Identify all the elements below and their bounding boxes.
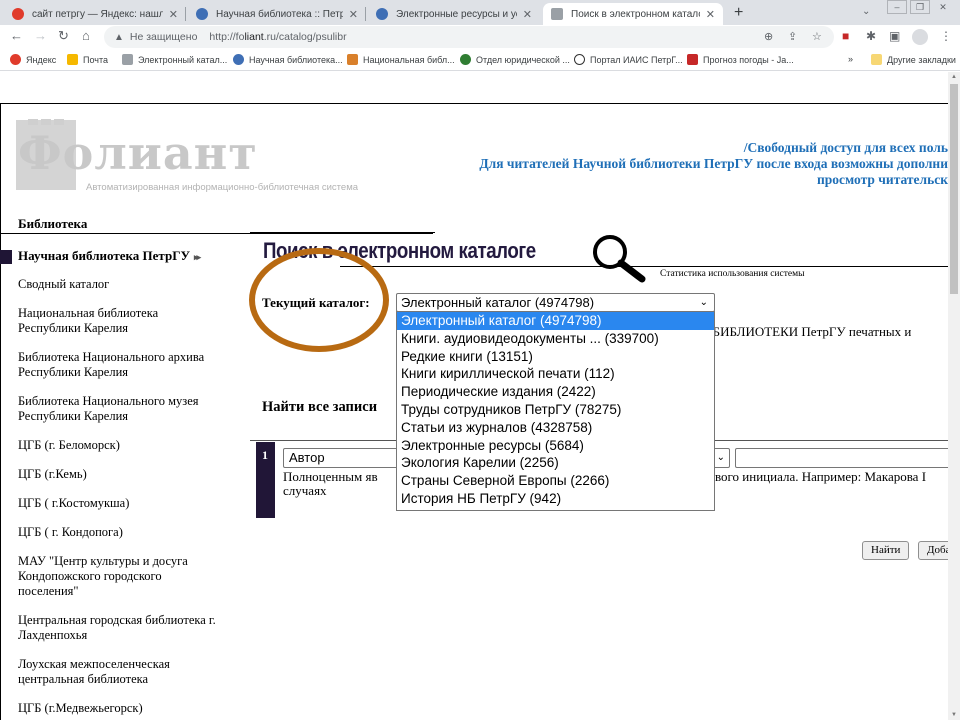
access-info: /Свободный доступ для всех поль Для чита…	[479, 140, 948, 188]
library-heading: Библиотека	[18, 216, 87, 232]
catalog-select[interactable]: Электронный каталог (4974798) ⌄	[396, 293, 715, 312]
bookmark-mail[interactable]: Почта	[67, 54, 108, 65]
tab-separator	[185, 7, 186, 21]
sidebar-item-union-catalog[interactable]: Сводный каталог	[18, 277, 243, 292]
sidebar-item-national-archive[interactable]: Библиотека Национального архива Республи…	[18, 350, 243, 380]
page-content: Фолиант Автоматизированная информационно…	[0, 72, 948, 720]
zoom-icon[interactable]: ⊕	[764, 30, 773, 43]
bookmarks-overflow[interactable]: »	[848, 54, 853, 64]
catalog-option[interactable]: История НБ ПетрГУ (942)	[397, 490, 714, 508]
scroll-thumb[interactable]	[950, 84, 958, 294]
globe-icon	[376, 8, 388, 20]
gear-icon	[574, 54, 585, 65]
restore-icon[interactable]: ❐	[910, 0, 930, 14]
weather-icon	[687, 54, 698, 65]
bookmark-yandex[interactable]: Яндекс	[10, 54, 56, 65]
address-bar[interactable]: ▲ Не защищено http://foliant.ru/catalog/…	[104, 26, 834, 48]
building-icon	[347, 54, 358, 65]
frame-left-rule	[0, 103, 1, 720]
sidebar-item-national-museum[interactable]: Библиотека Национального музея Республик…	[18, 394, 233, 424]
bookmark-weather[interactable]: Прогноз погоды - Ja...	[687, 54, 794, 65]
logo-wordmark: Фолиант	[18, 130, 258, 176]
sidebar-item-kem[interactable]: ЦГБ (г.Кемь)	[18, 467, 243, 482]
header-rule	[0, 103, 948, 104]
mail-icon	[67, 54, 78, 65]
chevron-down-icon: ⌄	[700, 294, 708, 311]
reload-icon[interactable]: ↻	[58, 28, 69, 44]
star-icon[interactable]: ☆	[812, 30, 822, 43]
bookmark-legal-dept[interactable]: Отдел юридической ...	[460, 54, 570, 65]
catalog-icon	[122, 54, 133, 65]
logo-subtitle: Автоматизированная информационно-библиот…	[86, 182, 358, 193]
folder-icon	[871, 54, 882, 65]
double-arrow-icon: ▸▸	[194, 252, 199, 262]
folder-tabs-graphic	[28, 112, 68, 122]
tab-science-library[interactable]: Научная библиотека :: Петрозавод ✕	[188, 3, 366, 25]
search-row-number: 1	[256, 442, 275, 518]
tab-bar: сайт петргу — Яндекс: нашлось 5 ✕ Научна…	[0, 0, 960, 25]
sidebar-item-medvezhyegorsk[interactable]: ЦГБ (г.Медвежьегорск)	[18, 701, 243, 716]
title-rule-left	[250, 232, 435, 233]
tab-yandex-search[interactable]: сайт петргу — Яндекс: нашлось 5 ✕	[4, 3, 186, 25]
catalog-description: Й БИБЛИОТЕКИ ПетрГУ печатных и	[700, 324, 911, 340]
tab-catalog-search[interactable]: Поиск в электронном каталоге ✕	[543, 3, 723, 25]
side-panel-icon[interactable]: ▣	[889, 29, 900, 43]
bookmark-electronic-catalog[interactable]: Электронный катал...	[122, 54, 227, 65]
minimize-icon[interactable]: –	[887, 0, 907, 14]
sidebar-item-kostomuksha[interactable]: ЦГБ ( г.Костомукша)	[18, 496, 243, 511]
bookmark-national-library[interactable]: Национальная библ...	[347, 54, 455, 65]
other-bookmarks[interactable]: Другие закладки	[871, 54, 956, 65]
library-rule	[0, 233, 433, 234]
back-icon[interactable]: ←	[10, 28, 23, 43]
highlight-circle	[249, 248, 389, 352]
catalog-option[interactable]: Книги кириллической печати (112)	[397, 365, 714, 383]
close-icon[interactable]: ✕	[523, 8, 532, 21]
extension-weather-icon[interactable]: ■	[842, 29, 849, 43]
catalog-option[interactable]: Экология Карелии (2256)	[397, 454, 714, 472]
active-marker	[0, 250, 12, 264]
close-icon[interactable]: ✕	[169, 8, 178, 21]
new-tab-button[interactable]: +	[734, 4, 743, 22]
browser-toolbar: ← → ↻ ⌂ ▲ Не защищено http://foliant.ru/…	[0, 25, 960, 49]
bookmark-science-library[interactable]: Научная библиотека...	[233, 54, 343, 65]
forward-icon[interactable]: →	[34, 28, 47, 43]
security-label[interactable]: Не защищено	[130, 31, 198, 43]
catalog-option[interactable]: Электронный каталог (4974798)	[397, 312, 714, 330]
sidebar-item-lahdenpohja[interactable]: Центральная городская библиотека г. Лахд…	[18, 613, 243, 643]
tab-search-icon[interactable]: ⌄	[862, 6, 870, 17]
url-text[interactable]: http://foliant.ru/catalog/psulibr	[209, 31, 346, 43]
profile-avatar[interactable]	[912, 29, 928, 45]
usage-stats-link[interactable]: Статистика использования системы	[660, 269, 805, 279]
find-button[interactable]: Найти	[862, 541, 909, 560]
sidebar-item-kondopoga[interactable]: ЦГБ ( г. Кондопога)	[18, 525, 243, 540]
sidebar-item-kondopoga-culture-center[interactable]: МАУ "Центр культуры и досуга Кондопожско…	[18, 554, 218, 599]
foliant-logo[interactable]: Фолиант Автоматизированная информационно…	[16, 112, 376, 194]
page-scrollbar[interactable]: ▲ ▼	[948, 72, 960, 720]
scroll-down-icon[interactable]: ▼	[951, 712, 957, 718]
add-button[interactable]: Доба	[918, 541, 948, 560]
magnifier-icon	[588, 233, 652, 283]
menu-icon[interactable]: ⋮	[940, 29, 952, 43]
yandex-icon	[12, 8, 24, 20]
catalog-option[interactable]: Труды сотрудников ПетрГУ (78275)	[397, 401, 714, 419]
bookmarks-bar: Яндекс Почта Электронный катал... Научна…	[0, 49, 960, 71]
puzzle-icon[interactable]: ✱	[866, 29, 876, 43]
globe-icon	[196, 8, 208, 20]
close-window-icon[interactable]: ✕	[933, 0, 953, 14]
home-icon[interactable]: ⌂	[82, 28, 90, 43]
yandex-icon	[10, 54, 21, 65]
sidebar-item-petrsu-library[interactable]: Научная библиотека ПетрГУ▸▸	[18, 248, 243, 265]
sidebar-item-louhi[interactable]: Лоухская межпоселенческая центральная би…	[18, 657, 198, 687]
catalog-option[interactable]: Электронные ресурсы (5684)	[397, 437, 714, 455]
catalog-option[interactable]: Статьи из журналов (4328758)	[397, 419, 714, 437]
sidebar-item-national-library[interactable]: Национальная библиотека Республики Карел…	[18, 306, 188, 336]
catalog-dropdown-list[interactable]: Электронный каталог (4974798)Книги. ауди…	[396, 311, 715, 511]
bookmark-iais-portal[interactable]: Портал ИАИС ПетрГ...	[574, 54, 683, 65]
share-icon[interactable]: ⇪	[788, 30, 797, 43]
catalog-option[interactable]: Книги. аудиовидеодокументы ... (339700)	[397, 330, 714, 348]
scroll-up-icon[interactable]: ▲	[951, 74, 957, 80]
find-all-label: Найти все записи	[262, 399, 377, 416]
chevron-down-icon: ⌄	[717, 449, 725, 467]
tab-electronic-resources[interactable]: Электронные ресурсы и услуги :: ✕	[368, 3, 540, 25]
sidebar-item-belomorsk[interactable]: ЦГБ (г. Беломорск)	[18, 438, 243, 453]
close-icon[interactable]: ✕	[349, 8, 358, 21]
catalog-option[interactable]: Страны Северной Европы (2266)	[397, 472, 714, 490]
search-term-input[interactable]	[735, 448, 948, 468]
catalog-option[interactable]: Периодические издания (2422)	[397, 383, 714, 401]
globe-icon	[233, 54, 244, 65]
close-icon[interactable]: ✕	[706, 8, 715, 21]
tab-separator	[365, 7, 366, 21]
catalog-icon	[551, 8, 563, 20]
warning-icon[interactable]: ▲	[114, 32, 124, 43]
emblem-icon	[460, 54, 471, 65]
catalog-option[interactable]: Редкие книги (13151)	[397, 348, 714, 366]
